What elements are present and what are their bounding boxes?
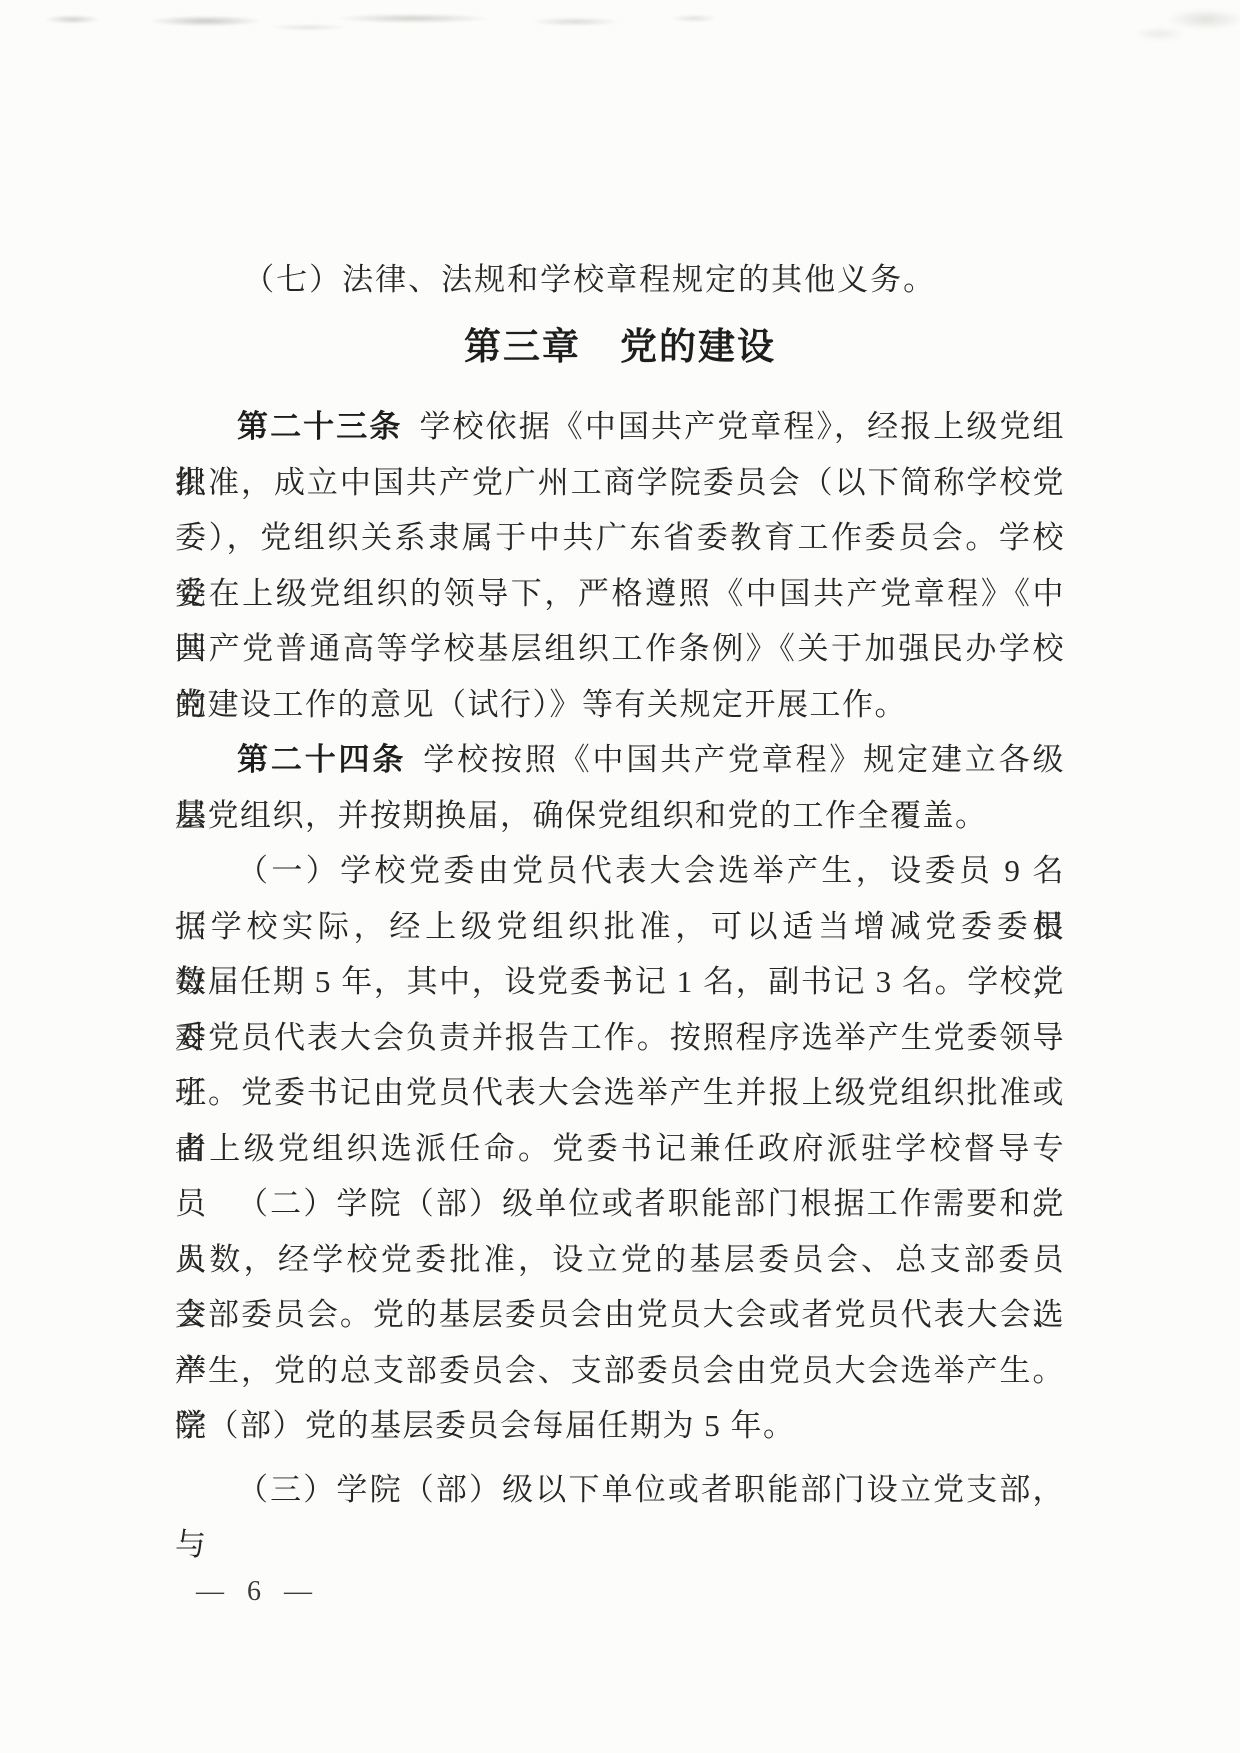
document-body: 第二十三条学校依据《中国共产党章程》，经报上级党组织 批准，成立中国共产党广州工… xyxy=(175,399,1065,1517)
document-line: 批准，成立中国共产党广州工商学院委员会（以下简称学校党 xyxy=(175,455,1065,511)
page-number: — 6 — xyxy=(196,1570,320,1614)
document-line: 的建设工作的意见（试行）》等有关规定开展工作。 xyxy=(175,677,1065,733)
document-line: 委在上级党组织的领导下，严格遵照《中国共产党章程》《中国 xyxy=(175,566,1065,622)
document-line: 每届任期 5 年，其中，设党委书记 1 名，副书记 3 名。学校党委 xyxy=(175,954,1065,1010)
document-line: 共产党普通高等学校基层组织工作条例》《关于加强民办学校党 xyxy=(175,621,1065,677)
document-line: 产生，党的总支部委员会、支部委员会由党员大会选举产生。学 xyxy=(175,1343,1065,1399)
document-line: 第二十四条学校按照《中国共产党章程》规定建立各级基 xyxy=(175,732,1065,788)
document-line: 对党员代表大会负责并报告工作。按照程序选举产生党委领导班 xyxy=(175,1010,1065,1066)
line-text: 的建设工作的意见（试行）》等有关规定开展工作。 xyxy=(175,687,907,722)
document-line: 层党组织，并按期换届，确保党组织和党的工作全覆盖。 xyxy=(175,788,1065,844)
scan-artifact-right xyxy=(1125,2,1240,60)
article-number: 第二十四条 xyxy=(237,742,406,777)
document-line: 委），党组织关系隶属于中共广东省委教育工作委员会。学校党 xyxy=(175,510,1065,566)
scan-artifact-top xyxy=(28,5,768,37)
document-page: （七）法律、法规和学校章程规定的其他义务。 第三章 党的建设 第二十三条学校依据… xyxy=(0,0,1240,1753)
document-line: 院（部）党的基层委员会每届任期为 5 年。 xyxy=(175,1398,1065,1454)
line-text: 院（部）党的基层委员会每届任期为 5 年。 xyxy=(175,1408,796,1443)
clause-seven-line: （七）法律、法规和学校章程规定的其他义务。 xyxy=(175,252,1065,308)
document-line: 据学校实际，经上级党组织批准，可以适当增减党委委员数）， xyxy=(175,899,1065,955)
document-line: （三）学院（部）级以下单位或者职能部门设立党支部，与 xyxy=(175,1462,1065,1518)
document-line: 由上级党组织选派任命。党委书记兼任政府派驻学校督导专员。 xyxy=(175,1121,1065,1177)
document-line: 第二十三条学校依据《中国共产党章程》，经报上级党组织 xyxy=(175,399,1065,455)
line-text: 层党组织，并按期换届，确保党组织和党的工作全覆盖。 xyxy=(175,798,988,833)
line-text: （三）学院（部）级以下单位或者职能部门设立党支部，与 xyxy=(175,1472,1065,1563)
article-number: 第二十三条 xyxy=(237,409,402,444)
document-line: 子。党委书记由党员代表大会选举产生并报上级党组织批准或者 xyxy=(175,1065,1065,1121)
line-text: 批准，成立中国共产党广州工商学院委员会（以下简称学校党 xyxy=(175,465,1065,500)
document-line: 人数，经学校党委批准，设立党的基层委员会、总支部委员会、 xyxy=(175,1232,1065,1288)
document-line: （一）学校党委由党员代表大会选举产生，设委员 9 名（根 xyxy=(175,843,1065,899)
document-line: （二）学院（部）级单位或者职能部门根据工作需要和党员 xyxy=(175,1176,1065,1232)
chapter-heading: 第三章 党的建设 xyxy=(175,318,1065,376)
document-line: 支部委员会。党的基层委员会由党员大会或者党员代表大会选举 xyxy=(175,1287,1065,1343)
